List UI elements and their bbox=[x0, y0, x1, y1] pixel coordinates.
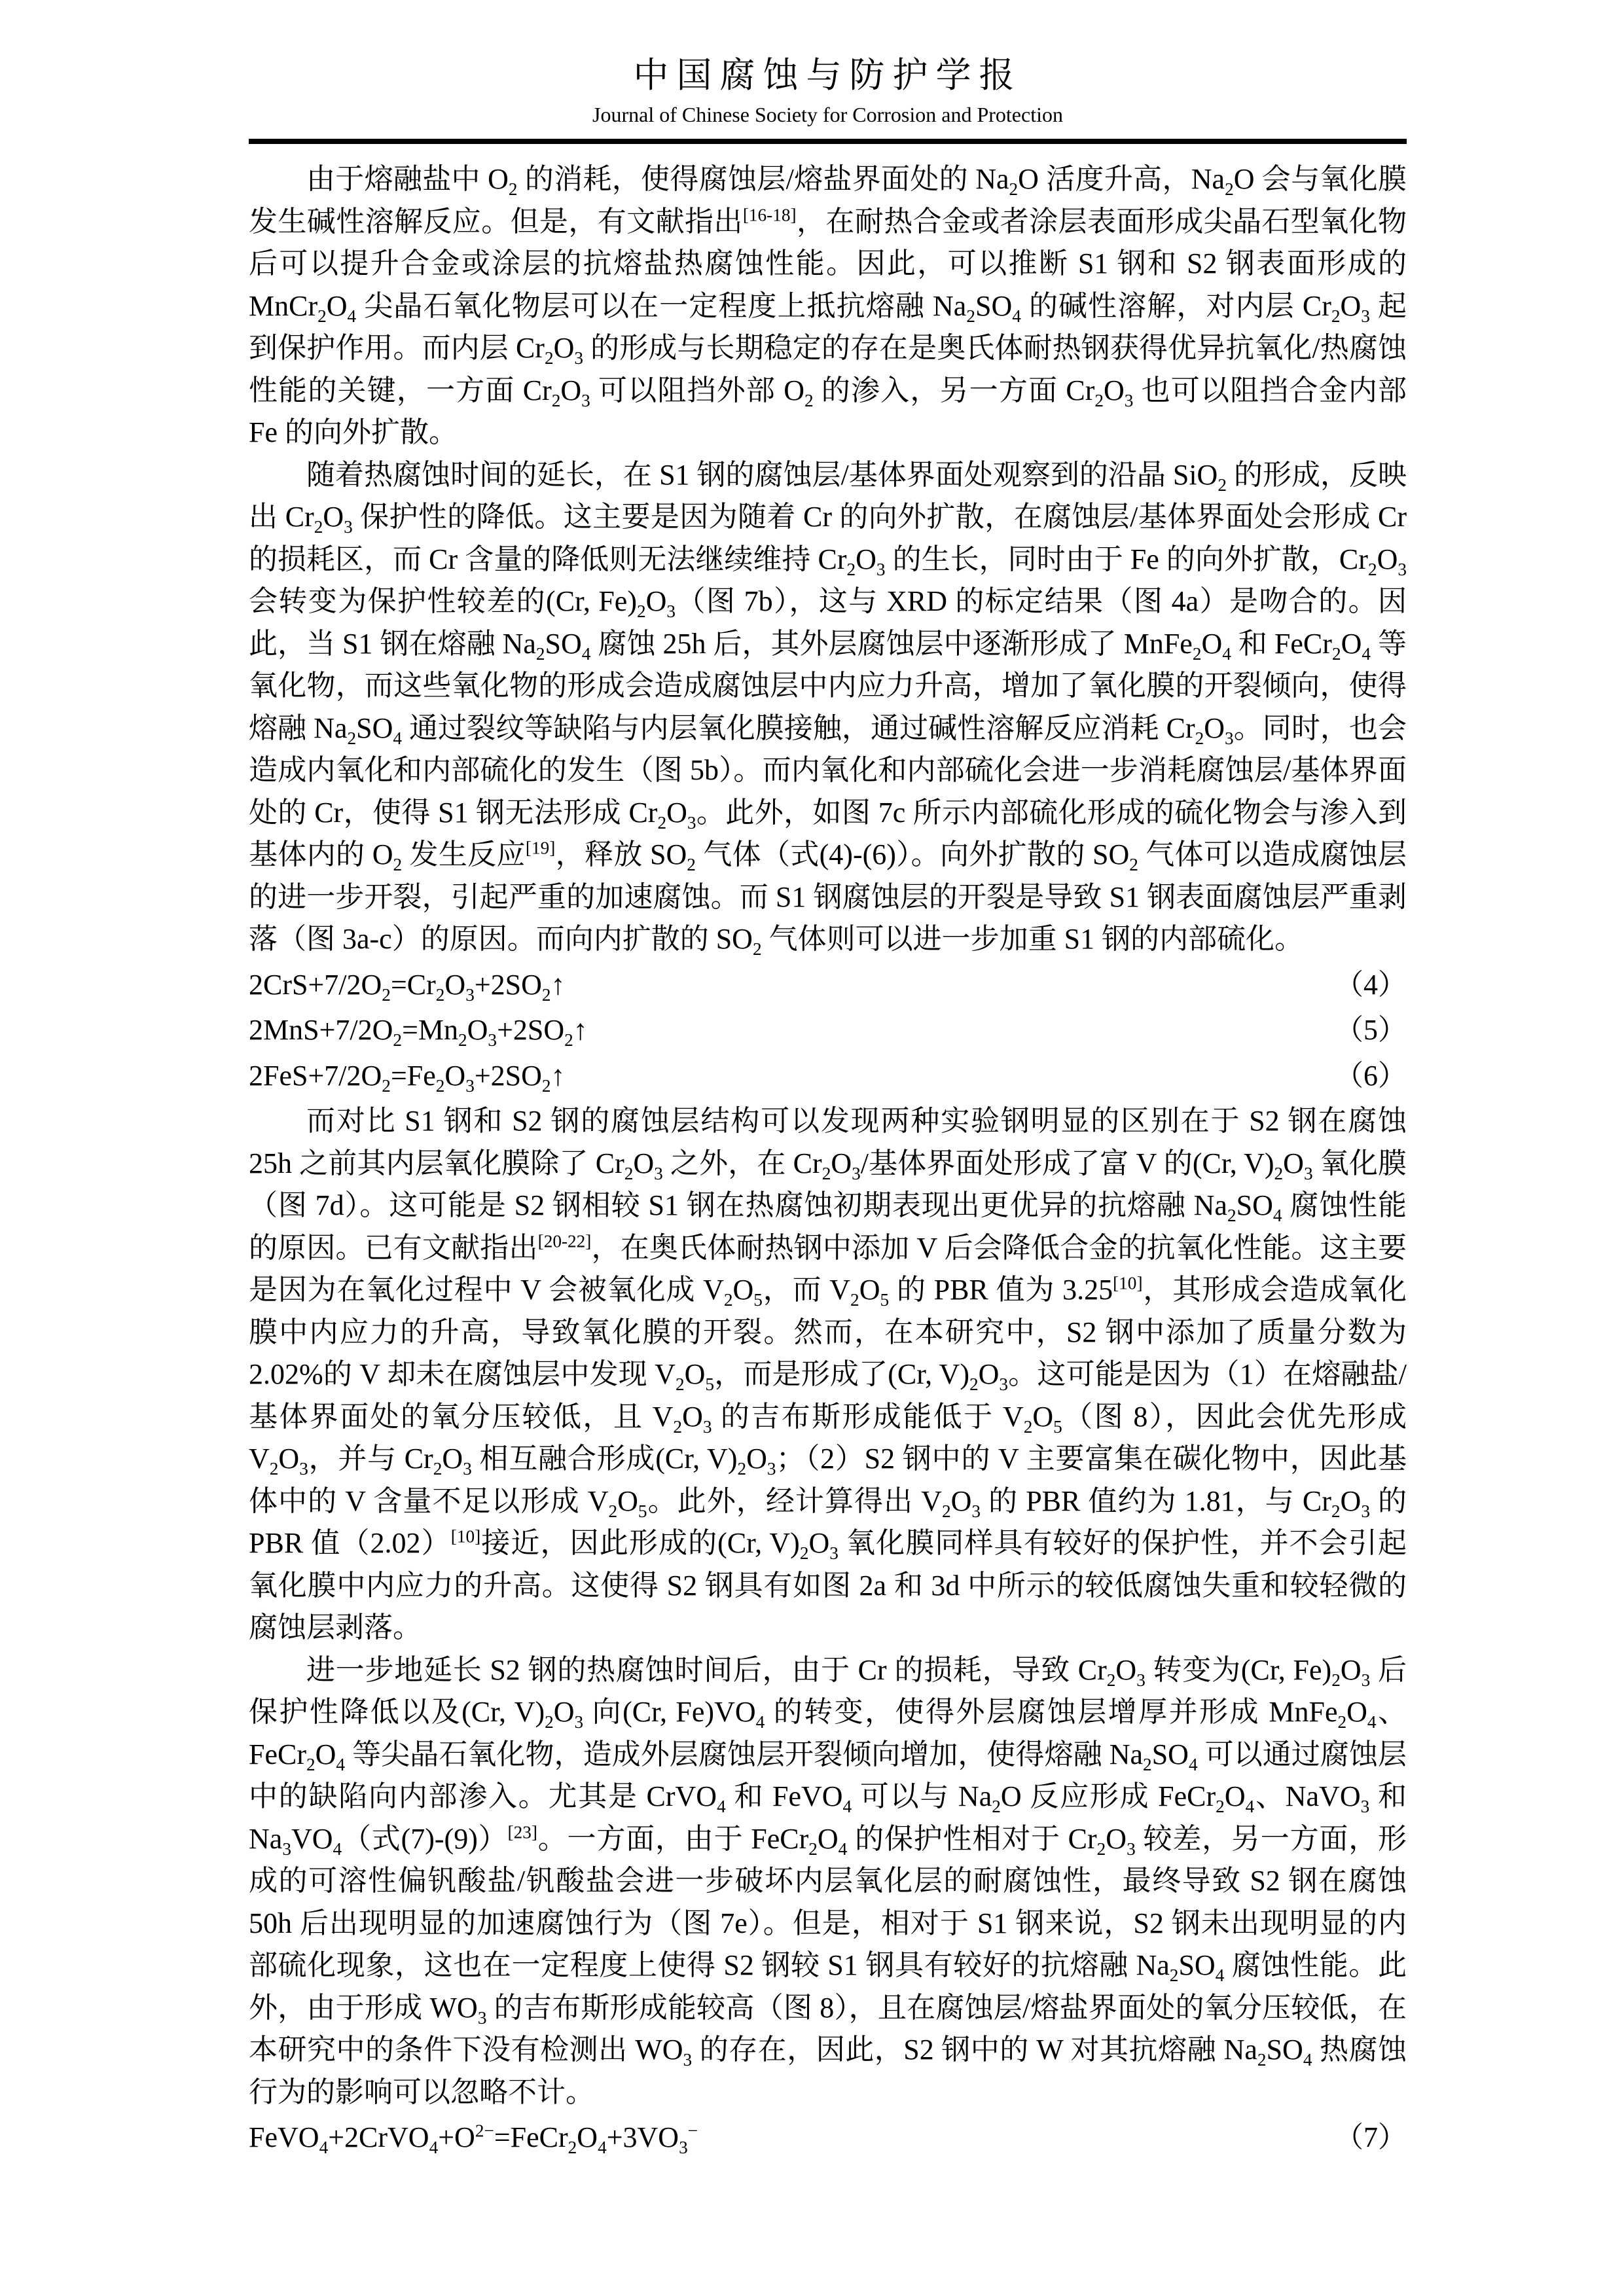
equation-body: 2MnS+7/2O2=Mn2O3+2SO2↑ bbox=[249, 1009, 588, 1052]
journal-title-en: Journal of Chinese Society for Corrosion… bbox=[249, 102, 1407, 127]
body-paragraph: 而对比 S1 钢和 S2 钢的腐蚀层结构可以发现两种实验钢明显的区别在于 S2 … bbox=[249, 1100, 1407, 1649]
equation-line: 2FeS+7/2O2=Fe2O3+2SO2↑（6） bbox=[249, 1055, 1407, 1098]
body-paragraph: 随着热腐蚀时间的延长，在 S1 钢的腐蚀层/基体界面处观察到的沿晶 SiO2 的… bbox=[249, 454, 1407, 961]
journal-page: 中国腐蚀与防护学报 Journal of Chinese Society for… bbox=[0, 0, 1624, 2296]
journal-title-cn: 中国腐蚀与防护学报 bbox=[249, 55, 1407, 96]
equation-number: （7） bbox=[1335, 2117, 1407, 2159]
article-body: 由于熔融盐中 O2 的消耗，使得腐蚀层/熔盐界面处的 Na2O 活度升高，Na2… bbox=[249, 158, 1407, 2159]
equation-number: （6） bbox=[1335, 1055, 1407, 1098]
equation-number: （4） bbox=[1335, 964, 1407, 1007]
body-paragraph: 进一步地延长 S2 钢的热腐蚀时间后，由于 Cr 的损耗，导致 Cr2O3 转变… bbox=[249, 1649, 1407, 2114]
page-header: 中国腐蚀与防护学报 Journal of Chinese Society for… bbox=[249, 55, 1407, 144]
equation-body: FeVO4+2CrVO4+O2−=FeCr2O4+3VO3− bbox=[249, 2117, 698, 2159]
equation-line: 2CrS+7/2O2=Cr2O3+2SO2↑（4） bbox=[249, 964, 1407, 1007]
header-rule bbox=[249, 139, 1407, 144]
equation-number: （5） bbox=[1335, 1009, 1407, 1052]
body-paragraph: 由于熔融盐中 O2 的消耗，使得腐蚀层/熔盐界面处的 Na2O 活度升高，Na2… bbox=[249, 158, 1407, 454]
equation-body: 2CrS+7/2O2=Cr2O3+2SO2↑ bbox=[249, 964, 566, 1007]
equation-body: 2FeS+7/2O2=Fe2O3+2SO2↑ bbox=[249, 1055, 566, 1098]
equation-line: FeVO4+2CrVO4+O2−=FeCr2O4+3VO3−（7） bbox=[249, 2117, 1407, 2159]
equation-line: 2MnS+7/2O2=Mn2O3+2SO2↑（5） bbox=[249, 1009, 1407, 1052]
